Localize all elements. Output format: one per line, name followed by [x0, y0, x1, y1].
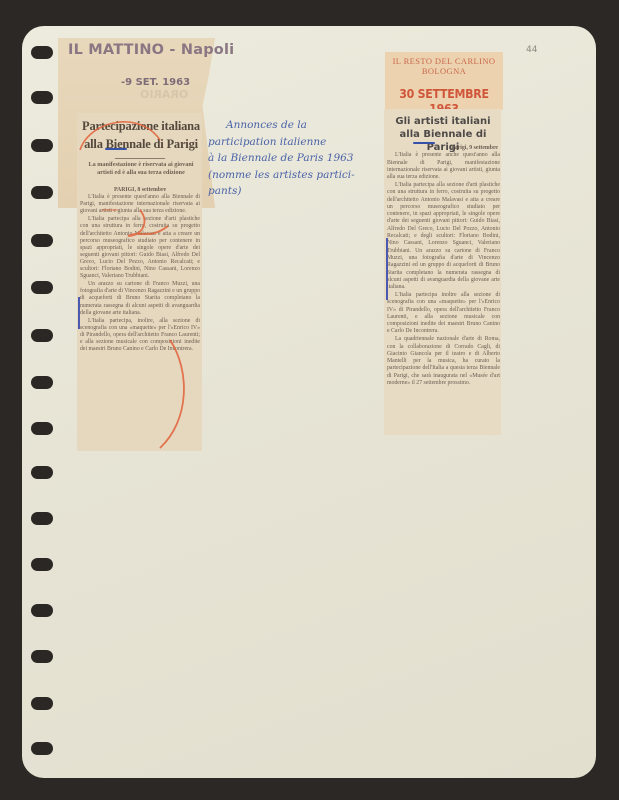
red-pencil-marks-icon	[0, 0, 619, 800]
